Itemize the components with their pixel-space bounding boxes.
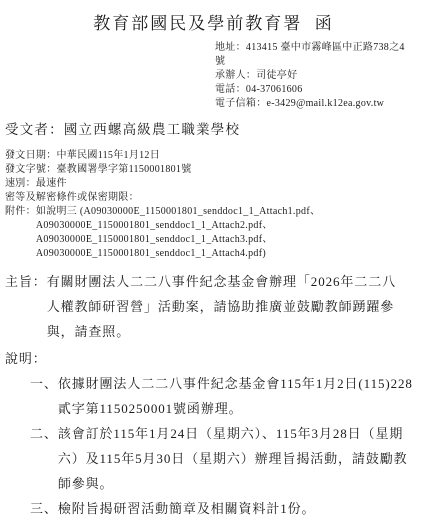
- sender-contact-person-value: 司徒亭好: [256, 70, 297, 81]
- description-items: 一、 依據財團法人二二八事件紀念基金會115年1月2日(115)228 貳字第1…: [30, 371, 422, 520]
- sender-info-block: 地址：413415 臺中市霧峰區中正路738之4 號 承辦人：司徒亭好 電話：0…: [215, 41, 422, 111]
- sender-address-label: 地址：: [215, 42, 246, 53]
- sender-email: 電子信箱：e-3429@mail.k12ea.gov.tw: [215, 97, 422, 111]
- priority-value: 最速件: [36, 177, 67, 191]
- description-item-1-label: 一、: [30, 371, 58, 421]
- description-item-3: 三、 檢附旨揭研習活動簡章及相關資料計1份。: [30, 496, 422, 520]
- metadata-block: 發文日期： 中華民國115年1月12日 發文字號： 臺教國署學字第1150001…: [5, 149, 422, 261]
- attachments-row: 附件： 如說明三 (A09030000E_1150001801_senddoc1…: [5, 205, 422, 261]
- doc-number-row: 發文字號： 臺教國署學字第1150001801號: [5, 163, 422, 177]
- sender-phone-value: 04-37061606: [246, 84, 303, 95]
- description-item-3-label: 三、: [30, 496, 58, 520]
- doc-number-label: 發文字號：: [5, 163, 57, 177]
- description-item-2-label: 二、: [30, 421, 58, 496]
- sender-contact-person-label: 承辦人：: [215, 70, 256, 81]
- document-title: 教育部國民及學前教育署 函: [5, 0, 422, 34]
- sender-phone: 電話：04-37061606: [215, 83, 422, 97]
- issue-date-label: 發文日期：: [5, 149, 57, 163]
- subject-section: 主旨： 有關財團法人二二八事件紀念基金會辦理「2026年二二八 人權教師研習營」…: [5, 269, 422, 344]
- recipient-label: 受文者：: [5, 122, 64, 137]
- sender-address: 地址：413415 臺中市霧峰區中正路738之4 號: [215, 41, 422, 69]
- priority-row: 速別： 最速件: [5, 177, 422, 191]
- classification-row: 密等及解密條件或保密期限：: [5, 191, 422, 205]
- priority-label: 速別：: [5, 177, 36, 191]
- description-item-1-text: 依據財團法人二二八事件紀念基金會115年1月2日(115)228 貳字第1150…: [58, 371, 413, 421]
- sender-contact-person: 承辦人：司徒亭好: [215, 69, 422, 83]
- official-letter-document: 教育部國民及學前教育署 函 地址：413415 臺中市霧峰區中正路738之4 號…: [0, 0, 426, 520]
- doc-number-value: 臺教國署學字第1150001801號: [57, 163, 192, 177]
- description-item-3-text: 檢附旨揭研習活動簡章及相關資料計1份。: [58, 496, 316, 520]
- attachments-label: 附件：: [5, 205, 36, 219]
- issue-date-row: 發文日期： 中華民國115年1月12日: [5, 149, 422, 163]
- subject-label: 主旨：: [5, 269, 47, 344]
- subject-text: 有關財團法人二二八事件紀念基金會辦理「2026年二二八 人權教師研習營」活動案，…: [47, 269, 396, 344]
- sender-phone-label: 電話：: [215, 84, 246, 95]
- recipient-name: 國立西螺高級農工職業學校: [64, 122, 240, 137]
- description-heading: 說明：: [5, 346, 422, 371]
- description-item-1: 一、 依據財團法人二二八事件紀念基金會115年1月2日(115)228 貳字第1…: [30, 371, 422, 421]
- classification-label: 密等及解密條件或保密期限：: [5, 191, 139, 205]
- description-item-2: 二、 該會訂於115年1月24日（星期六）、115年3月28日（星期 六）及11…: [30, 421, 422, 496]
- attachments-value: 如說明三 (A09030000E_1150001801_senddoc1_1_A…: [36, 205, 320, 261]
- issue-date-value: 中華民國115年1月12日: [57, 149, 161, 163]
- sender-email-label: 電子信箱：: [215, 98, 267, 109]
- sender-email-value: e-3429@mail.k12ea.gov.tw: [267, 98, 385, 109]
- description-item-2-text: 該會訂於115年1月24日（星期六）、115年3月28日（星期 六）及115年5…: [58, 421, 408, 496]
- recipient-line: 受文者：國立西螺高級農工職業學校: [5, 118, 422, 138]
